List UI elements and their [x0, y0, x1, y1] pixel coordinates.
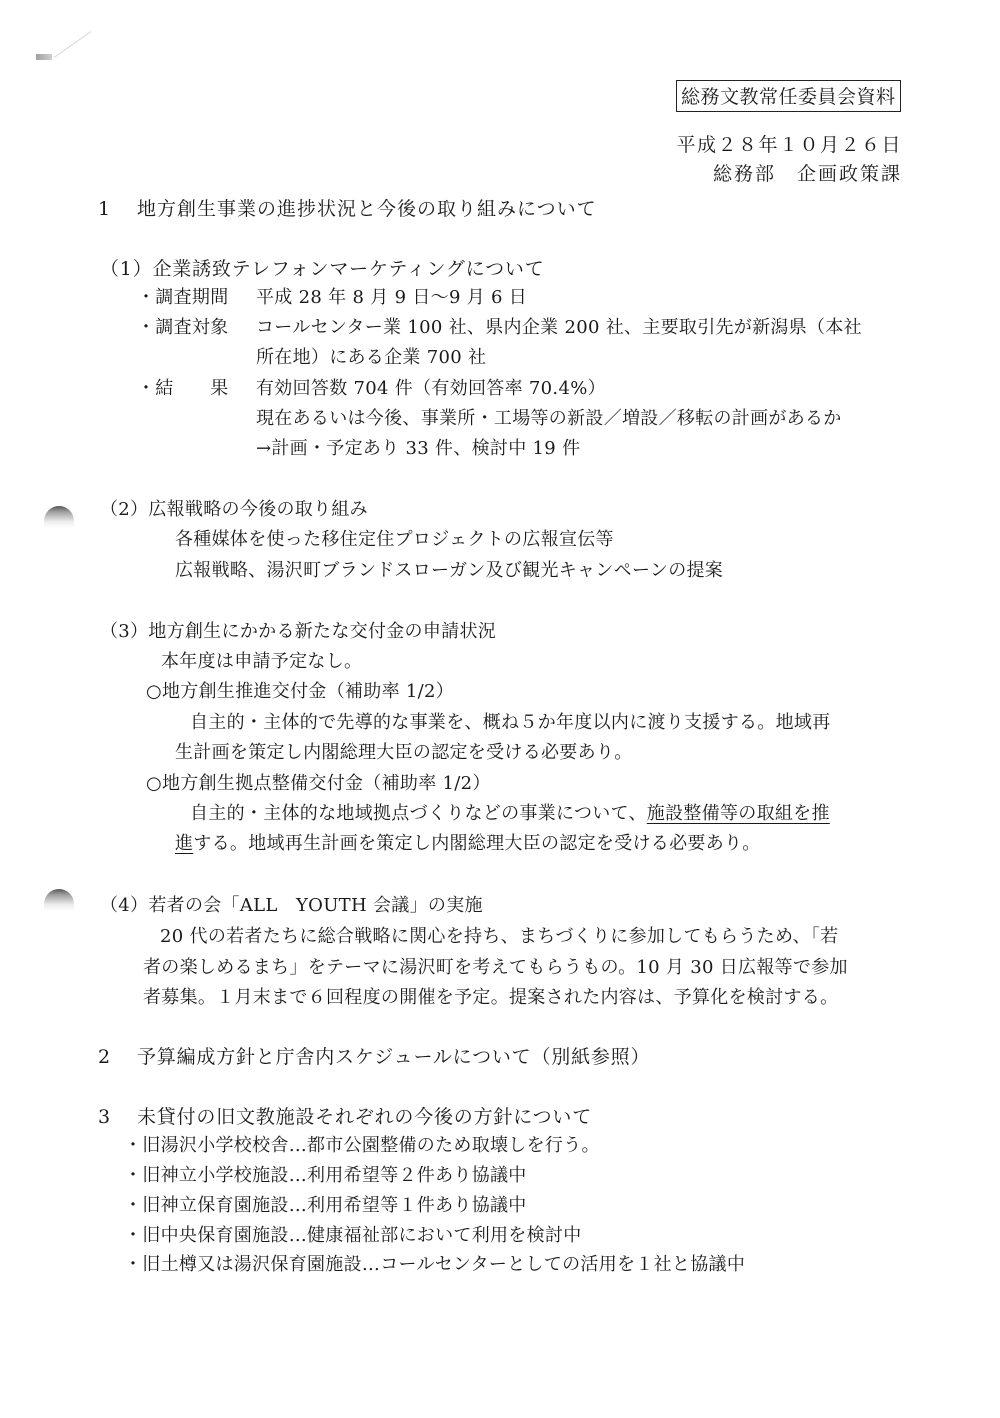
youth-meeting-line-2: 者の楽しめるまち」をテーマに湯沢町を考えてもらうもの。10 月 30 日広報等で… — [143, 955, 848, 981]
facility-item: ・旧神立保育園施設…利用希望等１件あり協議中 — [124, 1193, 527, 1219]
grant-1-desc-line-2: 生計画を策定し内閣総理大臣の認定を受ける必要あり。 — [175, 740, 633, 766]
subsection-3-heading: （3）地方創生にかかる新たな交付金の申請状況 — [100, 619, 496, 645]
survey-result-label: ・結 果 — [137, 376, 229, 402]
grant-2-desc-line-1: 自主的・主体的な地域拠点づくりなどの事業について、施設整備等の取組を推 — [190, 801, 830, 827]
survey-result-line-1: 有効回答数 704 件（有効回答率 70.4%） — [256, 376, 606, 402]
scan-mark — [36, 54, 52, 60]
grant-status-note: 本年度は申請予定なし。 — [161, 649, 362, 675]
survey-target-line-2: 所在地）にある企業 700 社 — [256, 345, 486, 371]
department-name: 総務部 企画政策課 — [713, 161, 902, 187]
punch-hole-mark — [44, 506, 74, 528]
punch-hole-mark — [44, 889, 74, 911]
subsection-1-heading: （1）企業誘致テレフォンマーケティングについて — [100, 256, 545, 282]
survey-result-line-2: 現在あるいは今後、事業所・工場等の新設／増設／移転の計画があるか — [256, 406, 842, 432]
facility-item: ・旧神立小学校施設…利用希望等２件あり協議中 — [124, 1163, 527, 1189]
grant-2-desc-line-2: 進する。地域再生計画を策定し内閣総理大臣の認定を受ける必要あり。 — [175, 831, 761, 857]
section-2-number: 2 — [98, 1044, 111, 1070]
document-label: 総務文教常任委員会資料 — [676, 80, 901, 112]
facility-item: ・旧湯沢小学校校舎…都市公園整備のため取壊しを行う。 — [124, 1133, 600, 1159]
section-3-number: 3 — [98, 1104, 111, 1130]
grant-2-desc-text: 自主的・主体的な地域拠点づくりなどの事業について、 — [190, 803, 647, 824]
grant-1-desc-line-1: 自主的・主体的で先導的な事業を、概ね５か年度以内に渡り支援する。地域再 — [190, 710, 831, 736]
grant-2-title: ○地方創生拠点整備交付金（補助率 1/2） — [146, 771, 491, 797]
document-page: 総務文教常任委員会資料 平成２８年１０月２６日 総務部 企画政策課 1 地方創生… — [0, 0, 1000, 1418]
section-3-title: 未貸付の旧文教施設それぞれの今後の方針について — [137, 1104, 592, 1130]
scan-mark-line — [54, 31, 91, 58]
pr-strategy-line-2: 広報戦略、湯沢町ブランドスローガン及び観光キャンペーンの提案 — [175, 558, 723, 584]
youth-meeting-line-1: 20 代の若者たちに総合戦略に関心を持ち、まちづくりに参加してもらうため、「若 — [160, 924, 838, 950]
survey-period-label: ・調査期間 — [137, 285, 229, 311]
section-1-number: 1 — [98, 196, 111, 222]
survey-target-line-1: コールセンター業 100 社、県内企業 200 社、主要取引先が新潟県（本社 — [256, 315, 862, 341]
survey-period-value: 平成 28 年 8 月 9 日～9 月 6 日 — [256, 285, 527, 311]
grant-2-desc-text-cont: する。地域再生計画を策定し内閣総理大臣の認定を受ける必要あり。 — [193, 833, 760, 854]
subsection-2-heading: （2）広報戦略の今後の取り組み — [100, 497, 368, 523]
facility-item: ・旧土樽又は湯沢保育園施設…コールセンターとしての活用を１社と協議中 — [124, 1252, 745, 1278]
section-2-title: 予算編成方針と庁舎内スケジュールについて（別紙参照） — [137, 1044, 650, 1070]
grant-2-underlined-text-cont: 進 — [175, 833, 193, 854]
document-date: 平成２８年１０月２６日 — [676, 132, 902, 158]
youth-meeting-line-3: 者募集。１月末まで６回程度の開催を予定。提案された内容は、予算化を検討する。 — [143, 985, 838, 1011]
facility-item: ・旧中央保育園施設…健康福祉部において利用を検討中 — [124, 1223, 582, 1249]
survey-result-line-3: →計画・予定あり 33 件、検討中 19 件 — [256, 436, 580, 462]
pr-strategy-line-1: 各種媒体を使った移住定住プロジェクトの広報宣伝等 — [175, 527, 614, 553]
section-1-title: 地方創生事業の進捗状況と今後の取り組みについて — [137, 196, 597, 222]
survey-target-label: ・調査対象 — [137, 315, 229, 341]
grant-1-title: ○地方創生推進交付金（補助率 1/2） — [146, 679, 454, 705]
subsection-4-heading: （4）若者の会「ALL YOUTH 会議」の実施 — [100, 893, 483, 919]
grant-2-underlined-text: 施設整備等の取組を推 — [647, 803, 830, 824]
